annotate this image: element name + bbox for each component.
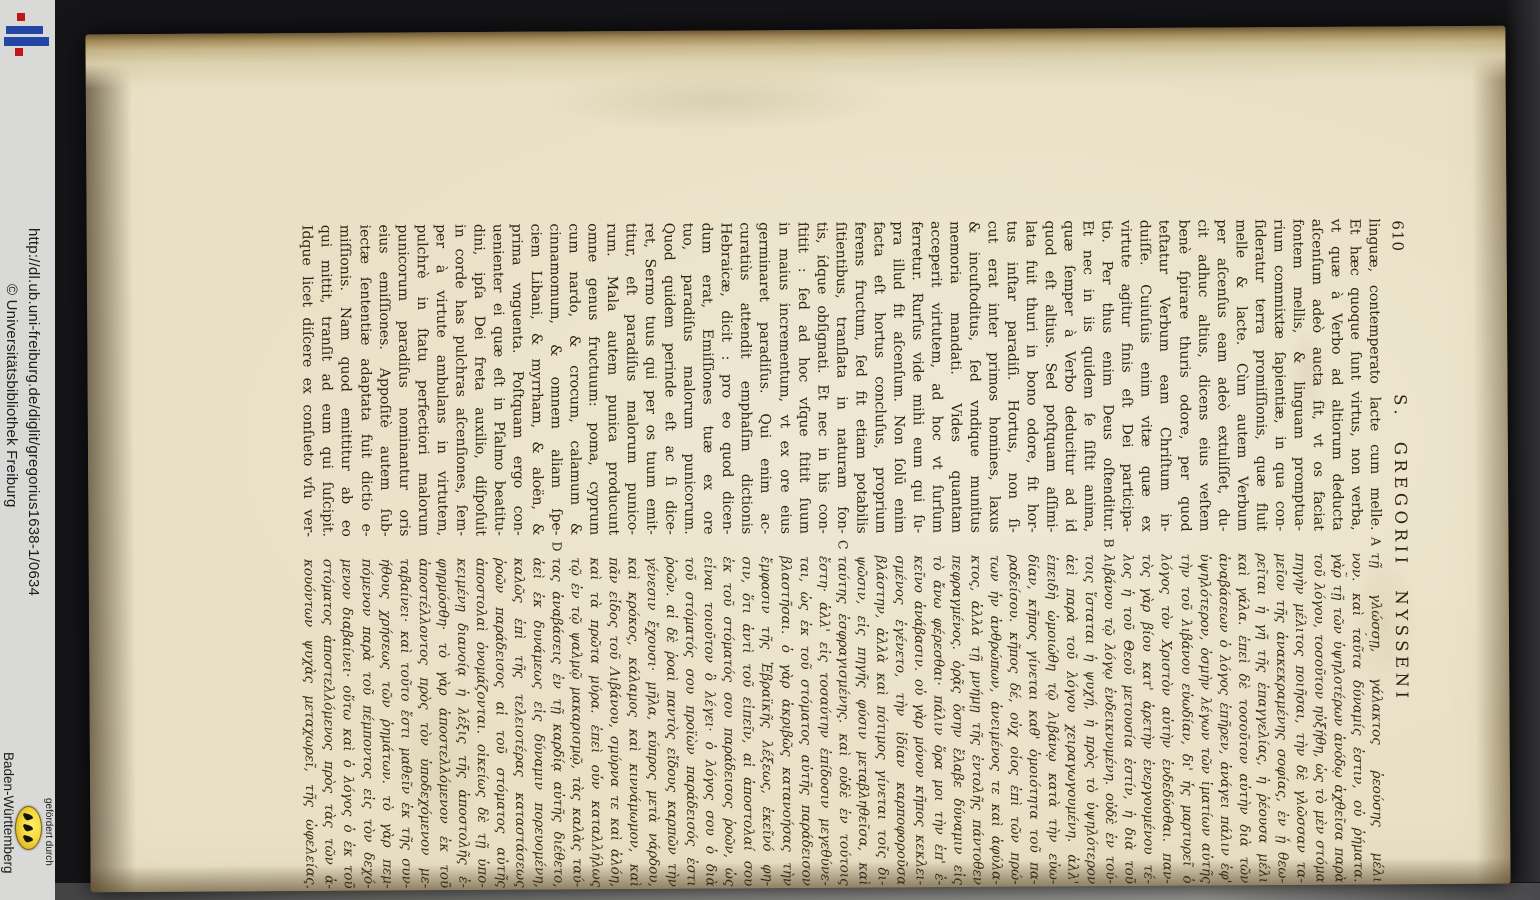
greek-line: γένεσιν ἔχουσι· μῆλα, κύπρος μετὰ νάρδου… (641, 557, 662, 887)
latin-line: acceperit virtutem, ad hoc vt ſurſum (924, 221, 945, 533)
margin-letter (812, 534, 831, 556)
text-line: qui mittit, tranſit ad eum qui ſuſcipit.… (315, 225, 338, 889)
greek-line: ται, ὡς ἐκ τοῦ στόματος αὐτῆς παράδεισον (793, 556, 814, 886)
margin-letter (1155, 532, 1174, 554)
margin-letter (450, 536, 469, 558)
three-lions-icon (20, 811, 37, 845)
greek-line: ἀποστολαὶ ὀνομάζονται. οἰκείως δὲ τῇ ὑπο… (469, 558, 490, 888)
greek-line: τὸς γὰρ βίου κατ' ἀρετὴν ἐνεργουμένου τέ… (1136, 554, 1157, 884)
text-line: rum. Mala autem punica producunt πᾶν εἶδ… (601, 223, 624, 887)
text-line: tis, ídque obſignati. Et nec in his con-… (810, 222, 833, 886)
margin-letter (850, 534, 869, 556)
latin-line: linguæ, contemperato lacte cum melle. (1362, 218, 1383, 530)
text-line: miſſionis. Nam quod emittitur ab eo μενο… (334, 225, 357, 889)
latin-line: eius emiſſiones. Appoſitè autem ſub- (372, 224, 393, 536)
running-title: S. GREGORII NYSSENI (1390, 328, 1412, 768)
margin-letter (355, 537, 374, 559)
greek-line: ταβαίνει· καὶ τοῦτο ἔστι μαθεῖν ἐκ τῆς σ… (393, 558, 414, 888)
greek-line: τῇ γλώσσῃ, γάλακτος ῥεούσης μέλι συγκεκρ… (1365, 552, 1386, 882)
page-header: 610 S. GREGORII NYSSENI (1385, 218, 1415, 882)
greek-line: λος ἡ τοῦ Θεοῦ μετουσία ἐστίν, ἡ διὰ τοῦ (1117, 554, 1138, 884)
greek-line: ἀποστέλλοντος πρὸς τὸν ὑποδεχόμενον με- (412, 558, 433, 888)
greek-line: κεῖνο ἀνάβασιν. οὐ γὰρ μόνον κῆπος κεκλε… (907, 555, 928, 885)
text-line: Idque licet diſcere ex conſueto vſu ver-… (296, 225, 319, 889)
margin-letter: A (1364, 530, 1383, 552)
latin-line: omne genus fructuum: poma, cyprum (582, 223, 603, 535)
text-line: per aſcenſus eam adeò extuliſſet, du- ἀν… (1210, 219, 1233, 883)
text-line: uenienter ei quæ eſt in Pſalmo beatitu- … (486, 224, 509, 888)
margin-letter (1250, 531, 1269, 553)
greek-line: τοις ἵσταται ἡ ψυχή, ἡ πρὸς τὸ ὑψηλότερο… (1079, 554, 1100, 884)
greek-line: σμένος ἐγένετο, τὴν ἰδίαν καρποφοροῦσα (888, 555, 909, 885)
greek-line: βλάστην, ἀλλὰ καὶ πότιμος γίνεται τοῖς δ… (869, 555, 890, 885)
text-line: cit adhuc altius, dicens eius veſtem ὑψη… (1191, 219, 1214, 883)
margin-letter (888, 533, 907, 555)
latin-line: & incuſtoditus, ſed vndique munitus (963, 221, 984, 533)
latin-line: benè ſpirare thuris odore, per quod (1172, 220, 1193, 532)
text-line: ſitientibus, tranſlata in naturam fon- C… (829, 222, 852, 886)
text-line: pra illud fit aſcenſum. Non ſolū enim σμ… (886, 221, 909, 885)
margin-letter (660, 535, 679, 557)
text-line: germinaret paradiſus. Qui enim ac- ἔμφασ… (753, 222, 776, 886)
margin-letter: C (831, 534, 850, 556)
greek-line: καὶ τὰ πρῶτα μύρα. ἐπεὶ οὖν καταλλήλως (584, 557, 605, 887)
latin-line: in maius incrementum, vt ex ore eius (772, 222, 793, 534)
text-line: virtute agitur finis eſt Dei participa- … (1115, 220, 1138, 884)
latin-line: tus inſtar paradiſi. Hortus, non ſi- (1001, 221, 1022, 533)
latin-line: tuo, paradiſus malorum punicorum. (677, 223, 698, 535)
margin-letter (393, 536, 412, 558)
latin-line: uenienter ei quæ eſt in Pſalmo beatitu- (486, 224, 507, 536)
greek-line: ἀεὶ ἐκ δυνάμεως εἰς δύναμιν πορευομένη, (526, 558, 547, 888)
margin-letter (374, 536, 393, 558)
margin-letter (1060, 532, 1079, 554)
latin-line: rum. Mala autem punica producunt (601, 223, 622, 535)
greek-line: δίαν, κῆπος γίνεται καθ' ὁμοιότητα τοῦ π… (1022, 555, 1043, 885)
copyright-notice: © Universitätsbibliothek Freiburg (3, 284, 20, 508)
text-rows: linguæ, contemperato lacte cum melle. A … (296, 218, 1386, 889)
greek-line: ἔμφασιν τῆς Ἑβραϊκῆς λέξεως, ἐκεῖνό φη- (755, 556, 776, 886)
margin-letter: B (1098, 532, 1117, 554)
greek-line: ἀναβάσεων ὁ λόγος ἐπῆρεν, ἀνάγει πάλιν ἐ… (1212, 553, 1233, 883)
book-page: 610 S. GREGORII NYSSENI linguæ, contempe… (85, 26, 1510, 893)
logo-bar (4, 37, 49, 46)
latin-line: ferens fructum, ſed fit etiam potabilis (848, 222, 869, 534)
margin-letter (622, 535, 641, 557)
margin-letter (641, 535, 660, 557)
logo-bar (6, 26, 43, 34)
latin-line: Idque licet diſcere ex conſueto vſu ver- (296, 225, 317, 537)
greek-line: ῥοῶν παράδεισος αἱ τοῦ στόματος αὐτῆς (488, 558, 509, 888)
latin-line: Hebraicæ, dicit : pro eo quod dicen- (715, 222, 736, 534)
margin-letter (1345, 531, 1364, 553)
greek-line: ψῶσιν, εἰς πηγῆς φύσιν μεταβληθεῖσα, καὶ (850, 556, 871, 886)
latin-line: duiſſe. Cuiuſuis enim vitæ quæ ex (1134, 220, 1155, 532)
greek-line: πηγὴν μέλιτος ποιῆσαι, τὴν δὲ γλῶσσαν τα… (1288, 553, 1309, 883)
latin-line: memoria mandati. Vides quantam (943, 221, 964, 533)
greek-line: ἀεὶ παρὰ τοῦ λόγου χειραγωγουμένη. ἀλλ' (1060, 554, 1081, 884)
margin-letter (526, 536, 545, 558)
margin-letter (698, 534, 717, 556)
latin-line: quod eſt altius. Sed poſtquam aſſimi- (1039, 220, 1060, 532)
latin-line: aſcenſum adeò aucta ſit, vt os faciat (1305, 219, 1326, 531)
margin-letter (603, 535, 622, 557)
margin-letter (736, 534, 755, 556)
margin-letter (1288, 531, 1307, 553)
baden-wuerttemberg-arms-icon (15, 806, 42, 850)
text-line: ferretur. Rurſus vide mihi eum qui ſu- κ… (905, 221, 928, 885)
text-line: fontem mellis, & linguam promptua- πηγὴν… (1286, 219, 1309, 883)
text-block: 610 S. GREGORII NYSSENI linguæ, contempe… (296, 218, 1415, 889)
latin-line: cit adhuc altius, dicens eius veſtem (1191, 219, 1212, 531)
margin-letter (964, 533, 983, 555)
latin-line: per aſcenſus eam adeò extuliſſet, du- (1210, 219, 1231, 531)
ub-freiburg-logo-icon (0, 0, 55, 64)
greek-line: στόματος ἀποστελλόμενος πρὸς τὰς τῶν ἀ- (317, 559, 338, 889)
margin-letter (983, 533, 1002, 555)
latin-line: Et hæc quoque ſunt virtus, non verba, (1343, 219, 1364, 531)
latin-line: iectæ ſententiæ adaptata fuit dictio e- (353, 225, 374, 537)
greek-line: καὶ γάλα. ἐπεὶ δὲ τοσοῦτον αὐτὴν διὰ τῶν (1231, 553, 1252, 883)
greek-line: καὶ κρόκος, κάλαμος καὶ κιννάμωμον, καὶ (622, 557, 643, 887)
text-line: in corde has pulchras aſcenſiones, ſem- … (448, 224, 471, 888)
greek-line: βλαστῆσαι. ὁ γὰρ ἀκριβῶς κατανοήσας τὴν (774, 556, 795, 886)
latin-line: germinaret paradiſus. Qui enim ac- (753, 222, 774, 534)
margin-letter (1022, 533, 1041, 555)
latin-line: cum nardo, & crocum, calamum & (563, 223, 584, 535)
greek-line: εἶναι τοιοῦτον ὃ λέγει· ὁ λόγος σου ὁ δι… (698, 556, 719, 886)
greek-line: ἔστη· ἀλλ' εἰς τοσαύτην ἐπίδοσιν μεγεθύν… (812, 556, 833, 886)
latin-line: qui mittit, tranſit ad eum qui ſuſcipit. (315, 225, 336, 537)
text-line: ciem Libani, & myrrham, & aloën, & ἀεὶ ἐ… (524, 224, 547, 888)
margin-letter (1117, 532, 1136, 554)
text-line: dini, ipſa Dei freta auxilio, diſpoſuit … (467, 224, 490, 888)
latin-line: quæ ſemper à Verbo deducitur ad id (1058, 220, 1079, 532)
greek-line: των ἦν ἀνθρώπων, ἀνειμένος τε καὶ ἀφύλα- (984, 555, 1005, 885)
latin-line: pra illud fit aſcenſum. Non ſolū enim (886, 221, 907, 533)
page-number: 610 (1389, 220, 1407, 252)
margin-letter (431, 536, 450, 558)
text-line: eius emiſſiones. Appoſitè autem ſub- ήθο… (372, 224, 395, 888)
greek-line: ῥοῶν. αἱ δὲ ῥοαὶ παντὸς εἴδους καρπῶν τὴ… (660, 557, 681, 887)
text-line: omne genus fructuum: poma, cyprum καὶ τὰ… (582, 223, 605, 887)
greek-line: κειμένῃ διανοίᾳ ἡ λέξις τῆς ἀποστολῆς ἐ- (450, 558, 471, 888)
margin-letter (1193, 531, 1212, 553)
latin-line: dum erat, Emiſſiones tuæ ex ore (696, 223, 717, 535)
text-line: Et hæc quoque ſunt virtus, non verba, νο… (1343, 219, 1366, 883)
scan-viewport: 610 S. GREGORII NYSSENI linguæ, contempe… (0, 0, 1540, 900)
latin-line: miſſionis. Nam quod emittitur ab eo (334, 225, 355, 537)
text-line: rium commixtæ ſapientiæ, in qua con- μεῖ… (1267, 219, 1290, 883)
logo-dot (17, 13, 25, 21)
latin-line: ret, Sermo tuus qui per os tuum emit- (639, 223, 660, 535)
text-line: Hebraicæ, dicit : pro eo quod dicen- ἐκ … (715, 222, 738, 886)
margin-letter (1003, 533, 1022, 555)
greek-line: τας ἀναβάσεις ἐν τῇ καρδίᾳ αὐτῆς διέθετο… (546, 557, 567, 887)
latin-line: Et nec in iis quidem ſe ſiſtit anima, (1077, 220, 1098, 532)
margin-letter (774, 534, 793, 556)
text-line: per à virtute ambulans in virtutem, φηρμ… (429, 224, 452, 888)
greek-line: ἐκ τοῦ στόματός σου παράδεισος ῥοῶν, ὡς (717, 556, 738, 886)
greek-line: λόγος τὸν Χριστὸν αὐτὴν ἐνδεδύσθαι. παν- (1155, 554, 1176, 884)
text-line: aſcenſum adeò aucta ſit, vt os faciat το… (1305, 219, 1328, 883)
text-line: pulchrè in ſtatu perfectiori malorum ἀπο… (410, 224, 433, 888)
margin-letter (1136, 532, 1155, 554)
margin-letter (907, 533, 926, 555)
text-line: melle & lacte. Cùm autem Verbum καὶ γάλα… (1229, 219, 1252, 883)
scan-background-shade (1506, 0, 1540, 882)
latin-line: vt quæ à Verbo ad altiorum deducta (1324, 219, 1345, 531)
margin-letter (336, 537, 355, 559)
margin-letter (1231, 531, 1250, 553)
text-line: ret, Sermo tuus qui per os tuum emit- γέ… (639, 223, 662, 887)
text-line: benè ſpirare thuris odore, per quod τὴν … (1172, 220, 1195, 884)
greek-line: πόμενον παρὰ τοῦ πέμποντος εἰς τὸν δεχό- (355, 559, 376, 889)
text-line: Quod quidem perinde eſt ac ſi dice- ῥοῶν… (658, 223, 681, 887)
digitization-footer: http://dl.ub.uni-freiburg.de/diglit/greg… (0, 0, 55, 900)
margin-letter (1041, 532, 1060, 554)
text-line: ſideratur terra promiſſionis, quæ fluit … (1248, 219, 1271, 883)
margin-letter (945, 533, 964, 555)
greek-line: μεῖον τῆς ἀνακεκραμένης σοφίας, ἐν ᾗ θεω… (1269, 553, 1290, 883)
latin-line: prima vnguenta. Poſtquam ergo con- (505, 224, 526, 536)
text-line: facta eſt hortus concluſus, proprium βλά… (867, 221, 890, 885)
greek-line: σιν, ὅτι ἀντὶ τοῦ εἰπεῖν, αἱ ἀποστολαί σ… (736, 556, 757, 886)
greek-line: ρεῖται ἡ γῆ τῆς ἐπαγγελίας, ἡ ῥέουσα μέλ… (1250, 553, 1271, 883)
greek-line: ταύτης ἐσφραγισμένης. καὶ οὐδὲ ἐν τούτοι… (831, 556, 852, 886)
greek-line: νον. καὶ ταῦτα δύναμίς ἐστιν, οὐ ῥήματα.… (1345, 553, 1366, 883)
latin-line: rium commixtæ ſapientiæ, in qua con- (1267, 219, 1288, 531)
latin-line: dini, ipſa Dei freta auxilio, diſpoſuit (467, 224, 488, 536)
margin-letter (679, 535, 698, 557)
margin-letter (564, 535, 583, 557)
margin-letter (583, 535, 602, 557)
text-line: prima vnguenta. Poſtquam ergo con- καλῶς… (505, 224, 528, 888)
latin-line: cinnamomum, & omnem aliam ſpe- (543, 223, 564, 535)
text-line: teſtatur Verbum eam Chriſtum in- λόγος τ… (1153, 220, 1176, 884)
text-line: punicorum paradiſus nominantur oris ταβα… (391, 224, 414, 888)
text-line: titur, eſt paradiſus malorum punico- καὶ… (620, 223, 643, 887)
greek-line: ραδείσου. κῆπος δέ, οὐχ οἷος ἐπὶ τῶν πρώ… (1003, 555, 1024, 885)
funding-region: Baden-Württemberg (1, 752, 16, 874)
latin-line: per à virtute ambulans in virtutem, (429, 224, 450, 536)
greek-line: τῷ ἐν τῷ ψαλμῷ μακαρισμῷ, τὰς καλὰς ταύ- (565, 557, 586, 887)
greek-line: τοῦ στόματός σου προϊὼν παράδεισός ἐστι (679, 557, 700, 887)
margin-letter (1307, 531, 1326, 553)
margin-letter (1079, 532, 1098, 554)
greek-line: τὴν τοῦ λιβάνου εὐωδίαν, δι' ἧς μαρτυρεῖ… (1174, 554, 1195, 884)
margin-letter (488, 536, 507, 558)
latin-line: ciem Libani, & myrrham, & aloën, & (524, 224, 545, 536)
text-line: tuo, paradiſus malorum punicorum. τοῦ στ… (677, 223, 700, 887)
paper-stain (546, 69, 886, 131)
margin-letter (298, 537, 317, 559)
margin-letter (1326, 531, 1345, 553)
latin-line: tio. Per thus enim Deus oſtenditur. (1096, 220, 1117, 532)
text-line: in maius incrementum, vt ex ore eius βλα… (772, 222, 795, 886)
text-line: cinnamomum, & omnem aliam ſpe- D τας ἀνα… (543, 223, 566, 887)
rotated-scan: 610 S. GREGORII NYSSENI linguæ, contempe… (0, 0, 1540, 900)
margin-letter (869, 533, 888, 555)
latin-line: ſideratur terra promiſſionis, quæ fluit (1248, 219, 1269, 531)
logo-dot (15, 48, 23, 56)
text-line: vt quæ à Verbo ad altiorum deducta γὰρ τ… (1324, 219, 1347, 883)
greek-line: ήθους χρήσεως τῶν ῥημάτων. τὸ γὰρ πεμ- (374, 558, 395, 888)
funding-label: gefördert durch (43, 798, 54, 866)
margin-letter (412, 536, 431, 558)
latin-line: titur, eſt paradiſus malorum punico- (620, 223, 641, 535)
margin-letter: D (545, 535, 564, 557)
text-line: cum nardo, & crocum, calamum & τῷ ἐν τῷ … (563, 223, 586, 887)
greek-line: φηρμόσθη· τὸ γὰρ ἀποστελλόμενον ἐκ τοῦ (431, 558, 452, 888)
greek-line: καλῶς ἐπὶ τῆς τελειοτέρας καταστάσεως (507, 558, 528, 888)
text-line: curatiùs attendit emphaſim dictionis σιν… (734, 222, 757, 886)
latin-line: pulchrè in ſtatu perfectiori malorum (410, 224, 431, 536)
greek-line: ἐπειδὴ ὡμοιώθη τῷ λιβάνῳ κατὰ τὴν εὐω- (1041, 554, 1062, 884)
greek-line: ὑψηλότερον, ὀσμὴν λέγων τῶν ἱματίων αὐτῆ… (1193, 553, 1214, 883)
greek-line: λιβάνου τῷ λόγῳ ἐνδεικνυμένη. οὐδὲ ἐν το… (1098, 554, 1119, 884)
latin-line: ſtitit : ſed ad hoc vſque ſtitit ſuum (791, 222, 812, 534)
margin-letter (317, 537, 336, 559)
latin-line: lata fuit thuri in bono odore, fit hor- (1020, 221, 1041, 533)
text-line: linguæ, contemperato lacte cum melle. A … (1362, 218, 1385, 882)
text-line: ferens fructum, ſed fit etiam potabilis … (848, 222, 871, 886)
text-line: iectæ ſententiæ adaptata fuit dictio e- … (353, 225, 376, 889)
margin-letter (717, 534, 736, 556)
margin-letter (469, 536, 488, 558)
text-line: duiſſe. Cuiuſuis enim vitæ quæ ex τὸς γὰ… (1134, 220, 1157, 884)
margin-letter (507, 536, 526, 558)
greek-line: κτος, ἀλλὰ τῇ μνήμῃ τῆς ἐντολῆς πάντοθεν (965, 555, 986, 885)
latin-line: Quod quidem perinde eſt ac ſi dice- (658, 223, 679, 535)
margin-letter (1212, 531, 1231, 553)
margin-letter (793, 534, 812, 556)
margin-letter (755, 534, 774, 556)
latin-line: in corde has pulchras aſcenſiones, ſem- (448, 224, 469, 536)
greek-line: μενον διαβαίνει· οὕτω καὶ ὁ λόγος ὁ ἐκ τ… (336, 559, 357, 889)
latin-line: fontem mellis, & linguam promptua- (1286, 219, 1307, 531)
text-line: dum erat, Emiſſiones tuæ ex ore εἶναι το… (696, 223, 719, 887)
latin-line: melle & lacte. Cùm autem Verbum (1229, 219, 1250, 531)
latin-line: curatiùs attendit emphaſim dictionis (734, 222, 755, 534)
greek-line: τοῦ λόγου, τοσοῦτον ηὐξήθη, ὡς τὸ μὲν στ… (1307, 553, 1328, 883)
greek-line: πεφραγμένος. ὁρᾷς ὅσην ἔλαβε δύναμιν εἰς (946, 555, 967, 885)
source-url: http://dl.ub.uni-freiburg.de/diglit/greg… (25, 228, 42, 596)
latin-line: punicorum paradiſus nominantur oris (391, 224, 412, 536)
latin-line: ſitientibus, tranſlata in naturam fon- (829, 222, 850, 534)
greek-line: γὰρ τῇ τῶν ὑψηλοτέρων ἀνόδῳ ἀχθεῖσα παρὰ (1326, 553, 1347, 883)
greek-line: τὸ ἄνω φέρεσθαι· πάλιν ὅρα μοι τὴν ἐπ' ἐ… (926, 555, 947, 885)
margin-letter (1269, 531, 1288, 553)
text-line: ſtitit : ſed ad hoc vſque ſtitit ſuum τα… (791, 222, 814, 886)
latin-line: teſtatur Verbum eam Chriſtum in- (1153, 220, 1174, 532)
latin-line: tis, ídque obſignati. Et nec in his con- (810, 222, 831, 534)
latin-line: facta eſt hortus concluſus, proprium (867, 221, 888, 533)
greek-line: πᾶν εἶδος τοῦ Λιβάνου, σμύρνα τε καὶ ἀλό… (603, 557, 624, 887)
margin-letter (1174, 532, 1193, 554)
greek-line: κουόντων ψυχὰς μεταχωρεῖ, τῆς ὠφελείας. (298, 559, 319, 889)
latin-line: ferretur. Rurſus vide mihi eum qui ſu- (905, 221, 926, 533)
latin-line: virtute agitur finis eſt Dei participa- (1115, 220, 1136, 532)
latin-line: cut erat inter primos homines, laxus (982, 221, 1003, 533)
margin-letter (926, 533, 945, 555)
